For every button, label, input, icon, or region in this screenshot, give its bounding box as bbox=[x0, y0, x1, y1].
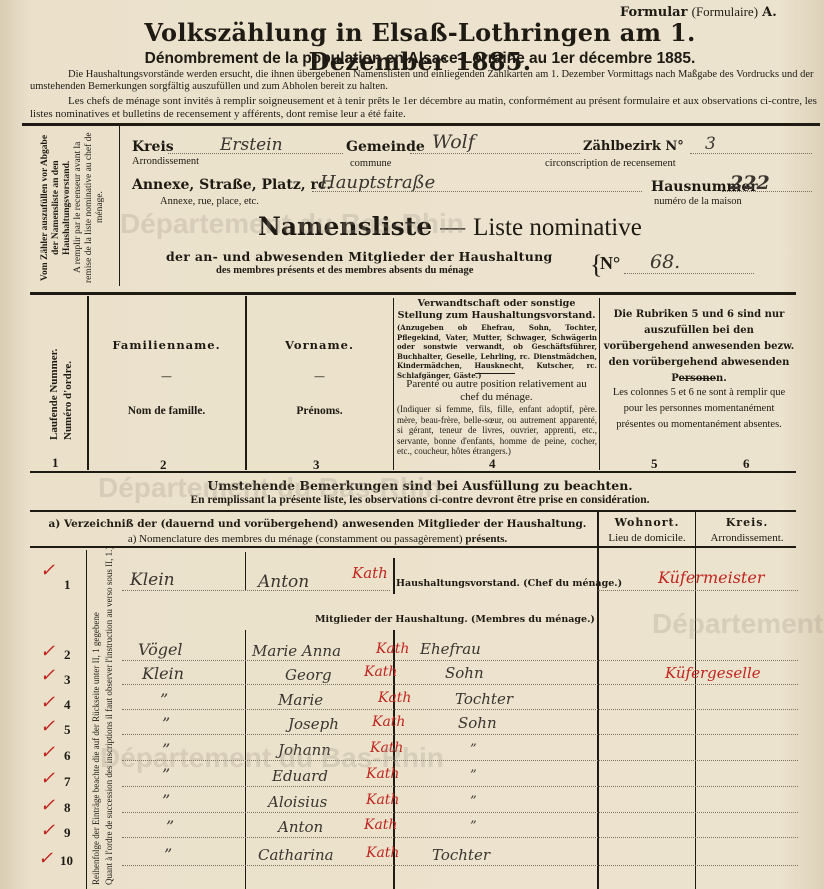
col56-separator bbox=[680, 378, 716, 379]
list-title-de: Namensliste bbox=[258, 212, 432, 241]
entry-number: 1 bbox=[64, 577, 71, 593]
entry-surname: ” bbox=[164, 845, 172, 864]
col4-header-fr: Parenté ou autre position relativement a… bbox=[396, 378, 597, 404]
entry-number: 4 bbox=[64, 697, 71, 713]
col-line bbox=[87, 296, 89, 470]
entry-religion: Kath bbox=[366, 766, 399, 782]
entry-number: 2 bbox=[64, 647, 71, 663]
col4-header-de: Verwandtschaft oder sonstige Stellung zu… bbox=[396, 298, 597, 322]
entry-relation: ” bbox=[470, 819, 477, 834]
entry-relation: ” bbox=[470, 768, 477, 783]
wohnort-header-fr: Lieu de domicile. bbox=[599, 532, 695, 544]
hausnummer-label-fr: numéro de la maison bbox=[654, 196, 742, 207]
gemeinde-line bbox=[410, 153, 580, 154]
entry-religion: Kath bbox=[376, 641, 409, 657]
strasse-label-fr: Annexe, rue, place, etc. bbox=[160, 196, 259, 207]
entry-relation: Tochter bbox=[432, 846, 490, 864]
section-a-fr-text: a) Nomenclature des membres du ménage (c… bbox=[128, 533, 463, 545]
order-side-note-fr: Quant à l'ordre de succession des inscri… bbox=[103, 565, 116, 885]
instructions-fr: Les chefs de ménage sont invités à rempl… bbox=[30, 95, 820, 120]
entry-surname: Klein bbox=[142, 664, 184, 683]
list-no-value: 68. bbox=[650, 251, 680, 273]
entry-line bbox=[122, 684, 798, 685]
enumerator-note-fr: A remplir par le recenseur avant la remi… bbox=[73, 130, 106, 285]
divider bbox=[30, 510, 796, 512]
entry-relation: ” bbox=[470, 742, 477, 757]
col-line bbox=[86, 550, 87, 889]
entry-relation: Tochter bbox=[455, 690, 513, 708]
col1-header-de: Laufende Nummer. bbox=[47, 320, 61, 440]
entry-relation: Ehefrau bbox=[420, 640, 481, 658]
form-label-fr: (Formulaire) bbox=[692, 4, 758, 19]
entry-religion: Kath bbox=[352, 564, 388, 582]
gemeinde-label-fr: commune bbox=[350, 158, 391, 169]
entry-surname: Vögel bbox=[138, 640, 183, 659]
entry-religion: Kath bbox=[364, 664, 397, 680]
list-title-fr: Liste nominative bbox=[473, 214, 642, 241]
col56-header-de: Die Rubriken 5 und 6 sind nur auszufülle… bbox=[603, 307, 795, 387]
gemeinde-value: Wolf bbox=[432, 131, 475, 153]
entry-occupation: Küfergeselle bbox=[665, 664, 761, 682]
col-line bbox=[599, 298, 600, 470]
instructions-de: Die Haushaltungsvorstände werden ersucht… bbox=[30, 69, 820, 93]
col-line bbox=[245, 552, 246, 590]
col56-header-fr: Les colonnes 5 et 6 ne sont à remplir qu… bbox=[603, 385, 795, 433]
col1-number: 1 bbox=[52, 455, 59, 471]
entry-number: 9 bbox=[64, 825, 71, 841]
wohnort-header-de: Wohnort. bbox=[599, 516, 695, 529]
kreis-header-de: Kreis. bbox=[697, 516, 797, 529]
col4-note-de: (Anzugeben ob Ehefrau, Sohn, Tochter, Pf… bbox=[397, 323, 597, 380]
entry-line bbox=[122, 709, 798, 710]
entry-given-name: Georg bbox=[285, 666, 332, 684]
list-subtitle-fr: des membres présents et des membres abse… bbox=[216, 265, 473, 276]
col-line bbox=[393, 298, 394, 470]
entry-religion: Kath bbox=[364, 817, 397, 833]
entry-given-name: Catharina bbox=[258, 846, 334, 864]
col-line bbox=[245, 296, 247, 470]
remarks-fr: En remplissant la présente liste, les ob… bbox=[80, 494, 760, 506]
entry-line bbox=[122, 837, 798, 838]
entry-religion: Kath bbox=[366, 845, 399, 861]
col2-dash: — bbox=[90, 370, 243, 383]
entry-relation: Sohn bbox=[458, 714, 497, 732]
entry-surname: Klein bbox=[130, 570, 175, 590]
list-subtitle-de: der an- und abwesenden Mitglieder der Ha… bbox=[166, 249, 553, 264]
entry-surname: ” bbox=[162, 714, 170, 733]
zaehlbezirk-value: 3 bbox=[705, 134, 716, 154]
list-title: Namensliste — Liste nominative bbox=[258, 212, 642, 242]
order-side-note-de: Reihenfolge der Einträge beachte die auf… bbox=[90, 565, 103, 885]
entry-relation: ” bbox=[470, 794, 477, 809]
divider bbox=[30, 546, 796, 548]
entry-line bbox=[122, 734, 798, 735]
col2-header-fr: Nom de famille. bbox=[90, 405, 243, 417]
entry-line bbox=[122, 660, 798, 661]
entry-given-name: Anton bbox=[258, 572, 309, 592]
col3-header-de: Vorname. bbox=[248, 338, 391, 352]
section-a-fr: a) Nomenclature des membres du ménage (c… bbox=[40, 533, 595, 545]
watermark: Département du Bas-Rhin bbox=[652, 608, 824, 640]
col5-number: 5 bbox=[651, 456, 658, 472]
list-no-line bbox=[624, 273, 754, 274]
hausnummer-value: 222 bbox=[730, 172, 770, 194]
entry-given-name: Marie Anna bbox=[252, 642, 341, 660]
entry-line bbox=[122, 786, 798, 787]
section-a-fr-bold: présents. bbox=[465, 533, 507, 545]
kreis-label-fr: Arrondissement bbox=[132, 156, 199, 167]
entry-given-name: Johann bbox=[278, 741, 331, 759]
entry-number: 7 bbox=[64, 774, 71, 790]
col-line bbox=[393, 558, 395, 594]
divider bbox=[30, 471, 796, 473]
entry-surname: ” bbox=[162, 791, 170, 810]
divider bbox=[30, 292, 796, 295]
col4-note-fr: (Indiquer si femme, fils, fille, enfant … bbox=[397, 404, 597, 457]
entry-number: 3 bbox=[64, 672, 71, 688]
entry-religion: Kath bbox=[372, 714, 405, 730]
col2-header-de: Familienname. bbox=[90, 338, 243, 352]
form-letter: A. bbox=[762, 5, 777, 20]
col3-dash: — bbox=[248, 370, 391, 383]
list-title-dash: — bbox=[440, 214, 465, 241]
entry-surname: ” bbox=[166, 817, 174, 836]
zaehlbezirk-label-fr: circonscription de recensement bbox=[545, 158, 676, 169]
col6-number: 6 bbox=[743, 456, 750, 472]
col4-number: 4 bbox=[489, 456, 496, 472]
entry-given-name: Anton bbox=[278, 818, 323, 836]
col-line bbox=[597, 511, 599, 889]
col3-header-fr: Prénoms. bbox=[248, 405, 391, 417]
enumerator-note-de: Vom Zähler auszufüllen vor Abgabe der Na… bbox=[40, 130, 73, 285]
entry-number: 10 bbox=[60, 853, 73, 869]
entry-surname: ” bbox=[162, 765, 170, 784]
order-side-note: Reihenfolge der Einträge beachte die auf… bbox=[90, 565, 116, 885]
entry-line bbox=[122, 812, 798, 813]
entry-given-name: Eduard bbox=[272, 767, 328, 785]
entry-given-name: Aloisius bbox=[268, 793, 327, 811]
entry-religion: Kath bbox=[378, 690, 411, 706]
enumerator-note: Vom Zähler auszufüllen vor Abgabe der Na… bbox=[40, 130, 120, 285]
strasse-value: Hauptstraße bbox=[320, 172, 435, 193]
members-label: Mitglieder der Haushaltung. (Membres du … bbox=[315, 614, 595, 625]
head-of-household-label: Haushaltungsvorstand. (Chef du ménage.) bbox=[396, 578, 622, 589]
entry-religion: Kath bbox=[370, 740, 403, 756]
col4-separator bbox=[475, 373, 515, 374]
entry-occupation: Küfermeister bbox=[658, 568, 764, 587]
entry-number: 8 bbox=[64, 800, 71, 816]
title-fr: Dénombrement de la population en Alsace-… bbox=[80, 50, 760, 68]
kreis-value: Erstein bbox=[220, 135, 283, 155]
entry-number: 6 bbox=[64, 748, 71, 764]
entry-line bbox=[598, 590, 798, 591]
kreis-header-fr: Arrondissement. bbox=[697, 532, 797, 544]
entry-surname: ” bbox=[162, 740, 170, 759]
strasse-label: Annexe, Straße, Platz, rc. bbox=[132, 177, 331, 193]
entry-given-name: Joseph bbox=[288, 715, 339, 733]
entry-given-name: Marie bbox=[278, 691, 323, 709]
entry-relation: Sohn bbox=[445, 664, 484, 682]
divider bbox=[119, 126, 120, 286]
remarks-de: Umstehende Bemerkungen sind bei Ausfüllu… bbox=[120, 478, 720, 493]
col1-header-fr: Numéro d'ordre. bbox=[61, 320, 75, 440]
entry-line bbox=[122, 590, 390, 591]
list-no-label: N° bbox=[600, 253, 620, 274]
entry-surname: ” bbox=[160, 690, 168, 709]
entry-number: 5 bbox=[64, 722, 71, 738]
census-form-page: Formular (Formulaire) A. Volkszählung in… bbox=[0, 0, 824, 889]
entry-line bbox=[122, 865, 798, 866]
section-a-de: a) Verzeichniß der (dauernd und vorüberg… bbox=[40, 518, 595, 530]
entry-religion: Kath bbox=[366, 792, 399, 808]
col1-header: Laufende Nummer. Numéro d'ordre. bbox=[47, 320, 75, 440]
zaehlbezirk-label: Zählbezirk N° bbox=[583, 139, 684, 154]
entry-line bbox=[122, 760, 798, 761]
divider bbox=[22, 123, 820, 126]
